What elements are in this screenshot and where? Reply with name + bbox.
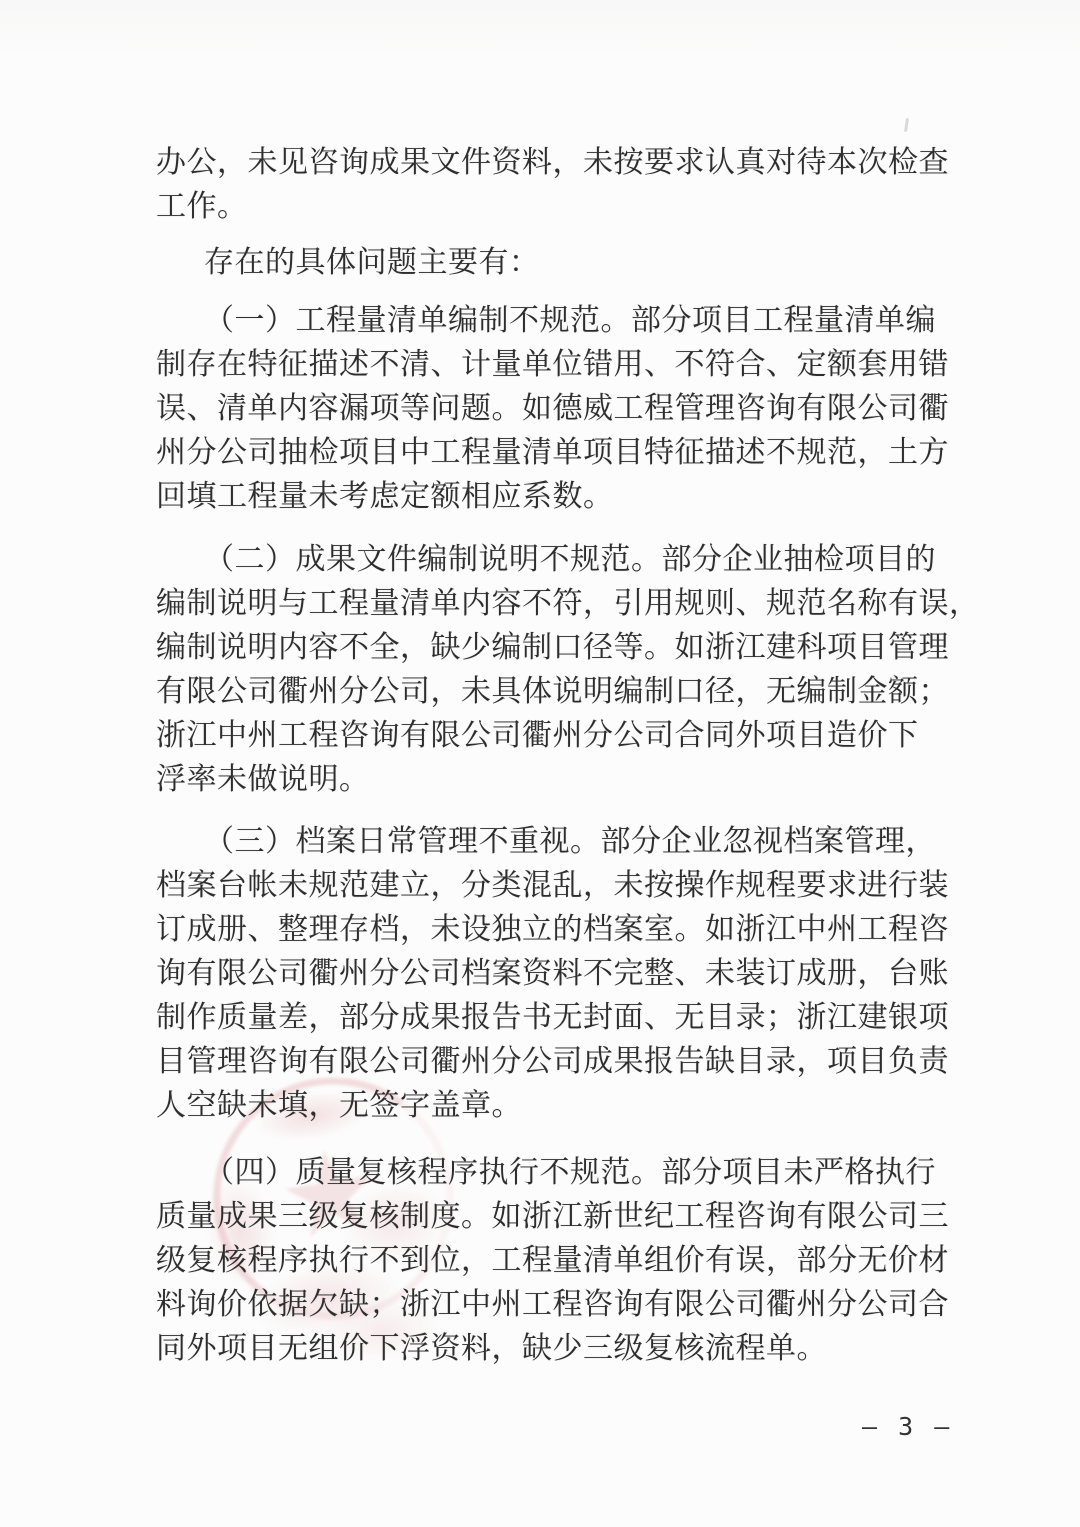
text-line: 料询价依据欠缺；浙江中州工程咨询有限公司衢州分公司合 <box>156 1283 946 1327</box>
carryover-paragraph: 办公，未见咨询成果文件资料，未按要求认真对待本次检查 工作。 <box>156 141 946 229</box>
text-line: 编制说明与工程量清单内容不符，引用规则、规范名称有误， <box>156 582 946 626</box>
document-page: 办公，未见咨询成果文件资料，未按要求认真对待本次检查 工作。 存在的具体问题主要… <box>0 0 1080 1527</box>
text-line: 制作质量差，部分成果报告书无封面、无目录；浙江建银项 <box>156 996 946 1040</box>
text-line: 制存在特征描述不清、计量单位错用、不符合、定额套用错 <box>156 343 946 387</box>
text-line: 询有限公司衢州分公司档案资料不完整、未装订成册，台账 <box>156 952 946 996</box>
text-line: 州分公司抽检项目中工程量清单项目特征描述不规范，土方 <box>156 431 946 475</box>
text-line: 级复核程序执行不到位，工程量清单组价有误，部分无价材 <box>156 1239 946 1283</box>
text-line: 编制说明内容不全，缺少编制口径等。如浙江建科项目管理 <box>156 626 946 670</box>
paragraph-3: （三）档案日常管理不重视。部分企业忽视档案管理， 档案台帐未规范建立，分类混乱，… <box>156 820 946 1128</box>
text-line: （四）质量复核程序执行不规范。部分项目未严格执行 <box>156 1151 946 1195</box>
text-line: 存在的具体问题主要有： <box>156 241 946 285</box>
text-line: 订成册、整理存档，未设独立的档案室。如浙江中州工程咨 <box>156 908 946 952</box>
text-line: （三）档案日常管理不重视。部分企业忽视档案管理， <box>156 820 946 864</box>
page-number: — 3 — <box>862 1412 952 1441</box>
text-line: （一）工程量清单编制不规范。部分项目工程量清单编 <box>156 299 946 343</box>
paragraph-4: （四）质量复核程序执行不规范。部分项目未严格执行 质量成果三级复核制度。如浙江新… <box>156 1151 946 1371</box>
scan-artifact-mark <box>904 118 909 132</box>
text-line: 浙江中州工程咨询有限公司衢州分公司合同外项目造价下 <box>156 714 946 758</box>
text-line: 同外项目无组价下浮资料，缺少三级复核流程单。 <box>156 1327 946 1371</box>
text-line: 档案台帐未规范建立，分类混乱，未按操作规程要求进行装 <box>156 864 946 908</box>
text-line: 人空缺未填，无签字盖章。 <box>156 1084 946 1128</box>
text-line: 工作。 <box>156 185 946 229</box>
text-line: 质量成果三级复核制度。如浙江新世纪工程咨询有限公司三 <box>156 1195 946 1239</box>
document-body: 办公，未见咨询成果文件资料，未按要求认真对待本次检查 工作。 存在的具体问题主要… <box>156 141 946 1371</box>
text-line: 误、清单内容漏项等问题。如德威工程管理咨询有限公司衢 <box>156 387 946 431</box>
paragraph-2: （二）成果文件编制说明不规范。部分企业抽检项目的 编制说明与工程量清单内容不符，… <box>156 538 946 802</box>
text-line: 办公，未见咨询成果文件资料，未按要求认真对待本次检查 <box>156 141 946 185</box>
text-line: 浮率未做说明。 <box>156 758 946 802</box>
text-line: 目管理咨询有限公司衢州分公司成果报告缺目录，项目负责 <box>156 1040 946 1084</box>
text-line: （二）成果文件编制说明不规范。部分企业抽检项目的 <box>156 538 946 582</box>
paragraph-1: （一）工程量清单编制不规范。部分项目工程量清单编 制存在特征描述不清、计量单位错… <box>156 299 946 519</box>
intro-paragraph: 存在的具体问题主要有： <box>156 241 946 285</box>
text-line: 有限公司衢州分公司，未具体说明编制口径，无编制金额； <box>156 670 946 714</box>
text-line: 回填工程量未考虑定额相应系数。 <box>156 475 946 519</box>
